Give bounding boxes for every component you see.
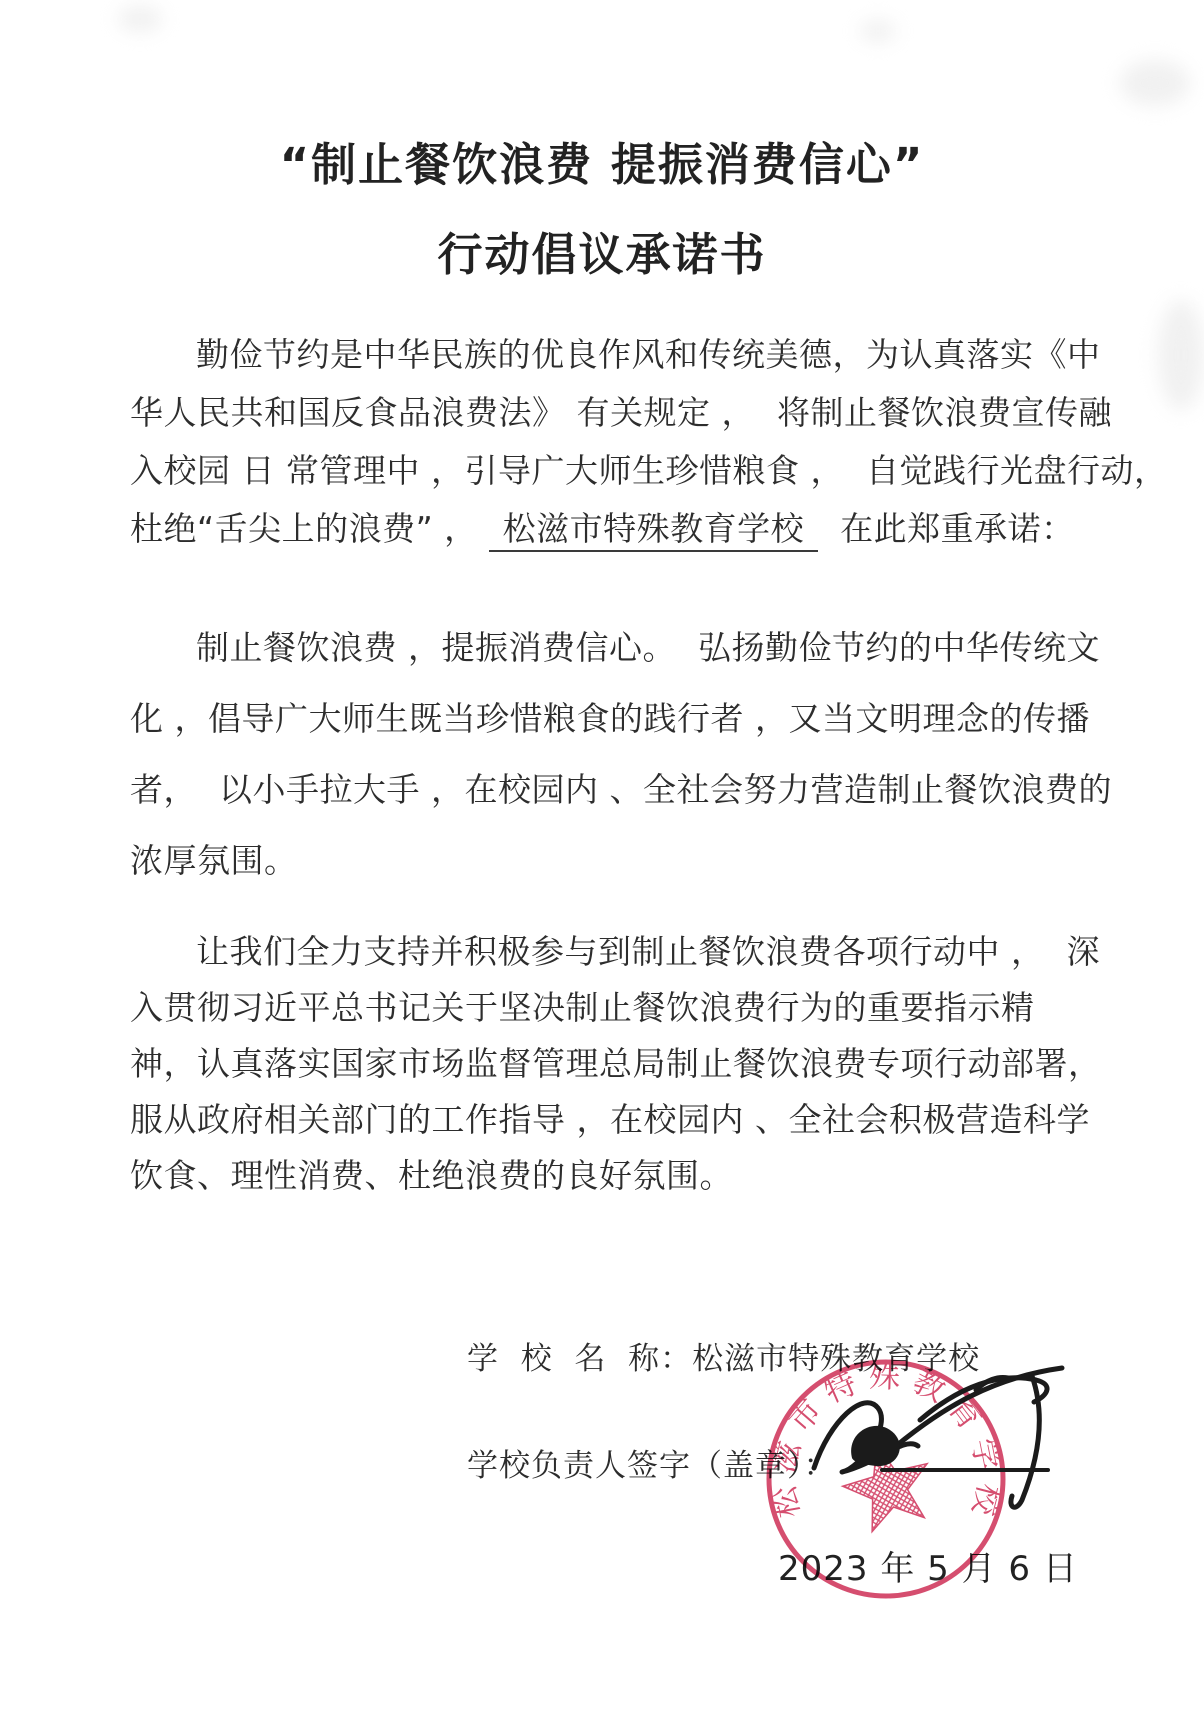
signature-stroke — [1011, 1376, 1040, 1507]
text-line: 服从政府相关部门的工作指导 ，在校园内 、全社会积极营造科学 — [130, 1092, 1080, 1148]
scan-artifact — [1120, 60, 1190, 106]
scan-artifact — [860, 20, 896, 42]
line4-suffix: 在此郑重承诺： — [818, 509, 1074, 548]
text-line: 勤俭节约是中华民族的优良作风和传统美德，为认真落实《中 — [130, 326, 1080, 384]
handwritten-signature — [800, 1350, 1090, 1520]
text-line: 者， 以小手拉大手 ，在校园内 、全社会努力营造制止餐饮浪费的 — [130, 754, 1080, 825]
text-line: 制止餐饮浪费 ，提振消费信心。 弘扬勤俭节约的中华传统文 — [130, 612, 1080, 683]
school-name-underlined: 松滋市特殊教育学校 — [489, 509, 819, 552]
text-line: 让我们全力支持并积极参与到制止餐饮浪费各项行动中 ， 深 — [130, 924, 1080, 980]
scan-artifact — [1158, 300, 1204, 410]
text-line: 入校园 日 常管理中 ，引导广大师生珍惜粮食 ， 自觉践行光盘行动， — [130, 442, 1080, 500]
text-line: 饮食、理性消费、杜绝浪费的良好氛围。 — [130, 1148, 1080, 1204]
line4-prefix: 杜绝“舌尖上的浪费” ， — [130, 509, 489, 548]
text-line: 神，认真落实国家市场监督管理总局制止餐饮浪费专项行动部署， — [130, 1036, 1080, 1092]
text-line: 入贯彻习近平总书记关于坚决制止餐饮浪费行为的重要指示精 — [130, 980, 1080, 1036]
paragraph-1: 勤俭节约是中华民族的优良作风和传统美德，为认真落实《中 华人民共和国反食品浪费法… — [130, 326, 1080, 558]
text-line: 杜绝“舌尖上的浪费” ， 松滋市特殊教育学校 在此郑重承诺： — [130, 500, 1080, 558]
scan-artifact — [118, 6, 162, 32]
signature-knot — [851, 1426, 900, 1466]
text-line: 浓厚氛围。 — [130, 825, 1080, 896]
text-line: 化 ，倡导广大师生既当珍惜粮食的践行者 ，又当文明理念的传播 — [130, 683, 1080, 754]
document-subtitle: 行动倡议承诺书 — [0, 218, 1204, 283]
paragraph-2: 制止餐饮浪费 ，提振消费信心。 弘扬勤俭节约的中华传统文 化 ，倡导广大师生既当… — [130, 612, 1080, 896]
document-title: “制止餐饮浪费 提振消费信心” — [0, 128, 1204, 193]
scanned-commitment-letter: “制止餐饮浪费 提振消费信心” 行动倡议承诺书 勤俭节约是中华民族的优良作风和传… — [0, 0, 1204, 1718]
text-line: 华人民共和国反食品浪费法》 有关规定 ， 将制止餐饮浪费宣传融 — [130, 384, 1080, 442]
paragraph-3: 让我们全力支持并积极参与到制止餐饮浪费各项行动中 ， 深 入贯彻习近平总书记关于… — [130, 924, 1080, 1204]
